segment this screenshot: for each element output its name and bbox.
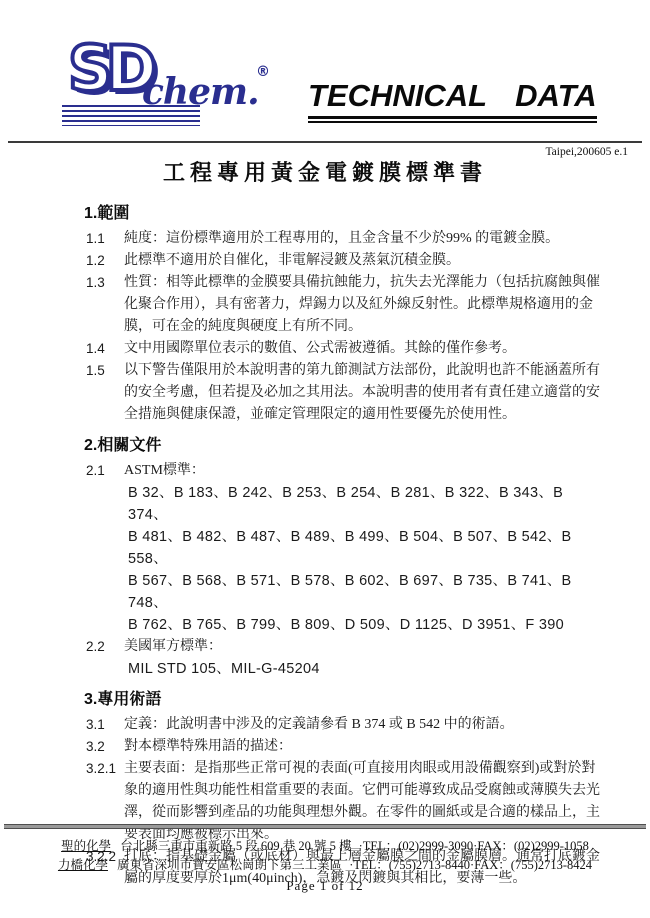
clause: 1.4文中用國際單位表示的數值、公式需被遵循。其餘的僅作參考。	[86, 338, 606, 360]
clause: 3.2對本標準特殊用語的描述：	[86, 736, 606, 758]
clause-text: 對本標準特殊用語的描述：	[124, 736, 606, 758]
clause-number: 3.2.1	[86, 758, 124, 780]
company-contact: ·TEL：(02)2999-3090·FAX：(02)2999-1058	[359, 839, 589, 853]
section-2: 2.相關文件2.1ASTM標準：B 32、B 183、B 242、B 253、B…	[86, 434, 606, 680]
clause-text: 美國軍方標準：	[124, 636, 606, 658]
section-heading: 3.專用術語	[84, 688, 606, 712]
clause: 3.1定義：此說明書中涉及的定義請參看 B 374 或 B 542 中的術語。	[86, 714, 606, 736]
page-number: Page 1 of 12	[0, 878, 650, 894]
clause: 1.2此標準不適用於自催化，非電解浸鍍及蒸氣沉積金膜。	[86, 250, 606, 272]
page-title: 工程專用黃金電鍍膜標準書	[0, 156, 650, 187]
logo-sd-text: SD	[68, 38, 150, 100]
footer-company-row: 聖的化學 台北縣三重市重新路 5 段 609 巷 20 號 5 樓 ·TEL：(…	[0, 837, 650, 856]
reference-line: B 32、B 183、B 242、B 253、B 254、B 281、B 322…	[86, 482, 606, 526]
clause-number: 1.4	[86, 338, 124, 360]
clause-text: 以下警告僅限用於本說明書的第九節測試方法部份，此說明也許不能涵蓋所有的安全考慮，…	[124, 360, 606, 426]
document-page: SD chem. ® TECHNICAL DATA Taipei,200605 …	[0, 0, 650, 918]
technical-data-header: TECHNICAL DATA	[308, 80, 597, 123]
document-body: 1.範圍1.1純度：這份標準適用於工程專用的，且金含量不少於99% 的電鍍金膜。…	[86, 194, 606, 890]
clause-number: 1.5	[86, 360, 124, 382]
technical-data-title: TECHNICAL DATA	[308, 80, 597, 113]
reference-line: B 567、B 568、B 571、B 578、B 602、B 697、B 73…	[86, 570, 606, 614]
clause: 1.3性質：相等此標準的金膜要具備抗蝕能力，抗失去光澤能力（包括抗腐蝕與催化聚合…	[86, 272, 606, 338]
clause-text: 此標準不適用於自催化，非電解浸鍍及蒸氣沉積金膜。	[124, 250, 606, 272]
clause-number: 1.1	[86, 228, 124, 250]
company-name: 聖的化學	[61, 839, 111, 853]
company-address: 台北縣三重市重新路 5 段 609 巷 20 號 5 樓	[120, 839, 351, 853]
section-heading: 1.範圍	[84, 202, 606, 226]
reference-line: MIL STD 105、MIL-G-45204	[86, 658, 606, 680]
clause-number: 3.2	[86, 736, 124, 758]
clause-text: 性質：相等此標準的金膜要具備抗蝕能力，抗失去光澤能力（包括抗腐蝕與催化聚合作用）…	[124, 272, 606, 338]
sdchem-logo: SD chem. ®	[60, 48, 275, 136]
clause-number: 1.2	[86, 250, 124, 272]
page-footer: 聖的化學 台北縣三重市重新路 5 段 609 巷 20 號 5 樓 ·TEL：(…	[0, 824, 650, 894]
reference-line: B 481、B 482、B 487、B 489、B 499、B 504、B 50…	[86, 526, 606, 570]
reference-line: B 762、B 765、B 799、B 809、D 509、D 1125、D 3…	[86, 614, 606, 636]
clause-text: ASTM標準：	[124, 460, 606, 482]
logo-chem-text: chem.	[142, 74, 259, 110]
footer-rule	[4, 824, 646, 829]
clause-number: 2.2	[86, 636, 124, 658]
clause: 1.1純度：這份標準適用於工程專用的，且金含量不少於99% 的電鍍金膜。	[86, 228, 606, 250]
technical-data-underline	[308, 116, 597, 123]
clause-text: 純度：這份標準適用於工程專用的，且金含量不少於99% 的電鍍金膜。	[124, 228, 606, 250]
clause-text: 定義：此說明書中涉及的定義請參看 B 374 或 B 542 中的術語。	[124, 714, 606, 736]
clause-text: 文中用國際單位表示的數值、公式需被遵循。其餘的僅作參考。	[124, 338, 606, 360]
clause: 1.5以下警告僅限用於本說明書的第九節測試方法部份，此說明也許不能涵蓋所有的安全…	[86, 360, 606, 426]
clause: 2.1ASTM標準：	[86, 460, 606, 482]
clause: 2.2美國軍方標準：	[86, 636, 606, 658]
company-name: 力橋化學	[58, 858, 108, 872]
section-1: 1.範圍1.1純度：這份標準適用於工程專用的，且金含量不少於99% 的電鍍金膜。…	[86, 202, 606, 426]
header-rule	[8, 141, 642, 143]
section-heading: 2.相關文件	[84, 434, 606, 458]
clause-number: 3.1	[86, 714, 124, 736]
company-contact: ·TEL：(755)2713-8440·FAX：(755)2713-8424	[349, 858, 592, 872]
clause-number: 2.1	[86, 460, 124, 482]
registered-trademark-icon: ®	[256, 64, 270, 80]
company-address: 廣東省深圳市寶安區松崗朗下第三工業區	[117, 858, 342, 872]
clause-number: 1.3	[86, 272, 124, 294]
footer-company-row: 力橋化學 廣東省深圳市寶安區松崗朗下第三工業區 ·TEL：(755)2713-8…	[0, 856, 650, 875]
